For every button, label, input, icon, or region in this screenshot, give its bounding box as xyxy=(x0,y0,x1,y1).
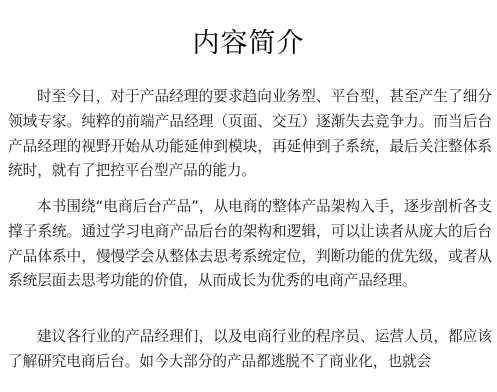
page-title: 内容简介 xyxy=(0,26,497,62)
paragraph-book-focus: 本书围绕“电商后台产品”，从电商的整体产品架构入手，逐步剖析各支撑子系统。通过学… xyxy=(8,195,492,294)
paragraph-intro: 时至今日，对于产品经理的要求趋向业务型、平台型，甚至产生了细分领域专家。纯粹的前… xyxy=(8,85,492,184)
paragraph-recommendation: 建议各行业的产品经理们，以及电商行业的程序员、运营人员，都应该了解研究电商后台。… xyxy=(8,325,492,375)
